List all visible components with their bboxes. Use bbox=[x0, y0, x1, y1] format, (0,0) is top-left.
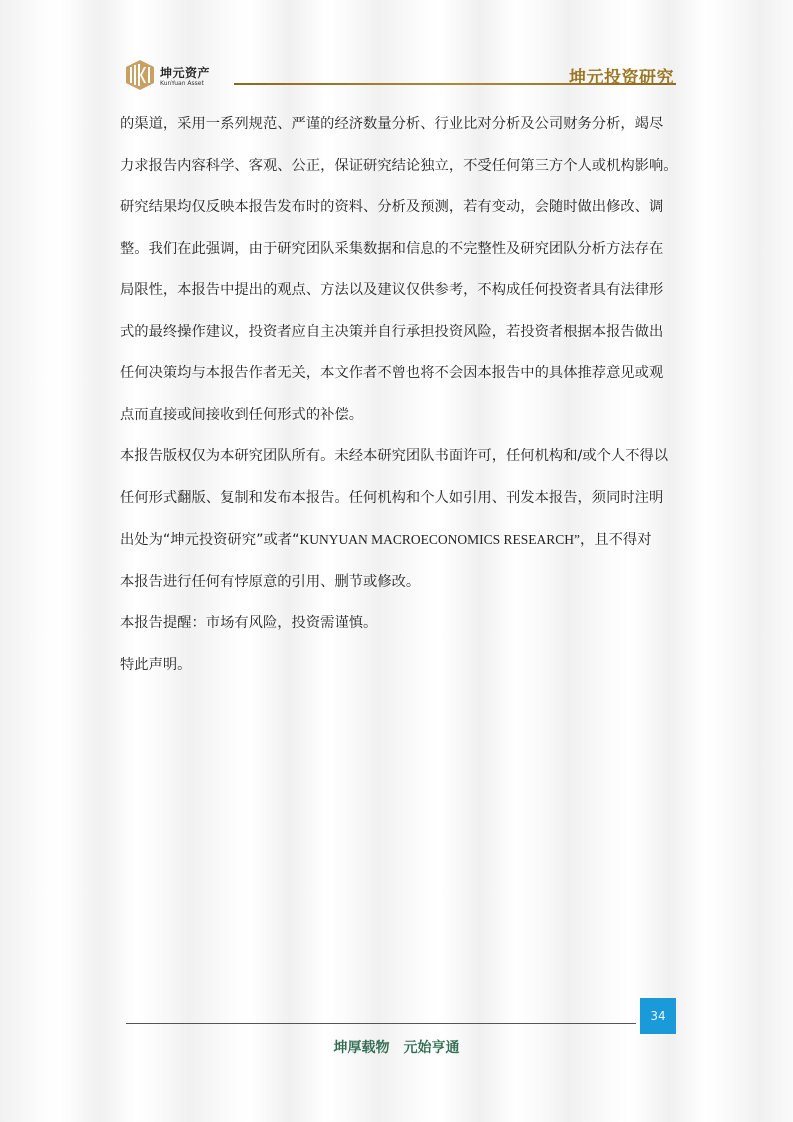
body-line: 任何决策均与本报告作者无关，本文作者不曾也将不会因本报告中的具体推荐意见或观 bbox=[120, 353, 676, 395]
motto-left: 坤厚载物 bbox=[334, 1040, 390, 1056]
logo-text-cn: 坤元资产 bbox=[160, 64, 210, 81]
kunyuan-logo-icon bbox=[126, 60, 154, 90]
body-line: 式的最终操作建议，投资者应自主决策并自行承担投资风险，若投资者根据本报告做出 bbox=[120, 312, 676, 354]
closing-statement: 特此声明。 bbox=[120, 645, 676, 687]
footer-divider bbox=[126, 1023, 636, 1024]
motto-right: 元始亨通 bbox=[404, 1040, 460, 1056]
source-latin-name: KUNYUAN MACROECONOMICS RESEARCH” bbox=[300, 532, 581, 547]
body-line: 点而直接或间接收到任何形式的补偿。 bbox=[120, 395, 676, 437]
body-line: 本报告进行任何有悖原意的引用、删节或修改。 bbox=[120, 562, 676, 604]
footer-motto: 坤厚载物元始亨通 bbox=[0, 1037, 793, 1057]
body-line: 整。我们在此强调，由于研究团队采集数据和信息的不完整性及研究团队分析方法存在 bbox=[120, 229, 676, 271]
source-suffix: ，且不得对 bbox=[580, 532, 651, 548]
body-line: 的渠道，采用一系列规范、严谨的经济数量分析、行业比对分析及公司财务分析，竭尽 bbox=[120, 104, 676, 146]
body-line: 本报告版权仅为本研究团队所有。未经本研究团队书面许可，任何机构和/或个人不得以 bbox=[120, 436, 676, 478]
page-header: 坤元资产 KunYuan Asset 坤元投资研究 bbox=[126, 58, 676, 94]
page-number-badge: 34 bbox=[640, 998, 676, 1034]
body-line: 任何形式翻版、复制和发布本报告。任何机构和个人如引用、刊发本报告，须同时注明 bbox=[120, 478, 676, 520]
source-attribution-line: 出处为“坤元投资研究”或者“KUNYUAN MACROECONOMICS RES… bbox=[120, 519, 676, 562]
logo-text-en: KunYuan Asset bbox=[160, 80, 204, 87]
disclaimer-body: 的渠道，采用一系列规范、严谨的经济数量分析、行业比对分析及公司财务分析，竭尽 力… bbox=[120, 104, 676, 686]
header-title: 坤元投资研究 bbox=[569, 63, 674, 88]
risk-reminder: 本报告提醒：市场有风险，投资需谨慎。 bbox=[120, 603, 676, 645]
body-line: 力求报告内容科学、客观、公正，保证研究结论独立，不受任何第三方个人或机构影响。 bbox=[120, 146, 676, 188]
body-line: 局限性，本报告中提出的观点、方法以及建议仅供参考，不构成任何投资者具有法律形 bbox=[120, 270, 676, 312]
body-line: 研究结果均仅反映本报告发布时的资料、分析及预测，若有变动，会随时做出修改、调 bbox=[120, 187, 676, 229]
page-number: 34 bbox=[650, 1009, 665, 1023]
source-prefix: 出处为“坤元投资研究”或者“ bbox=[120, 532, 300, 548]
